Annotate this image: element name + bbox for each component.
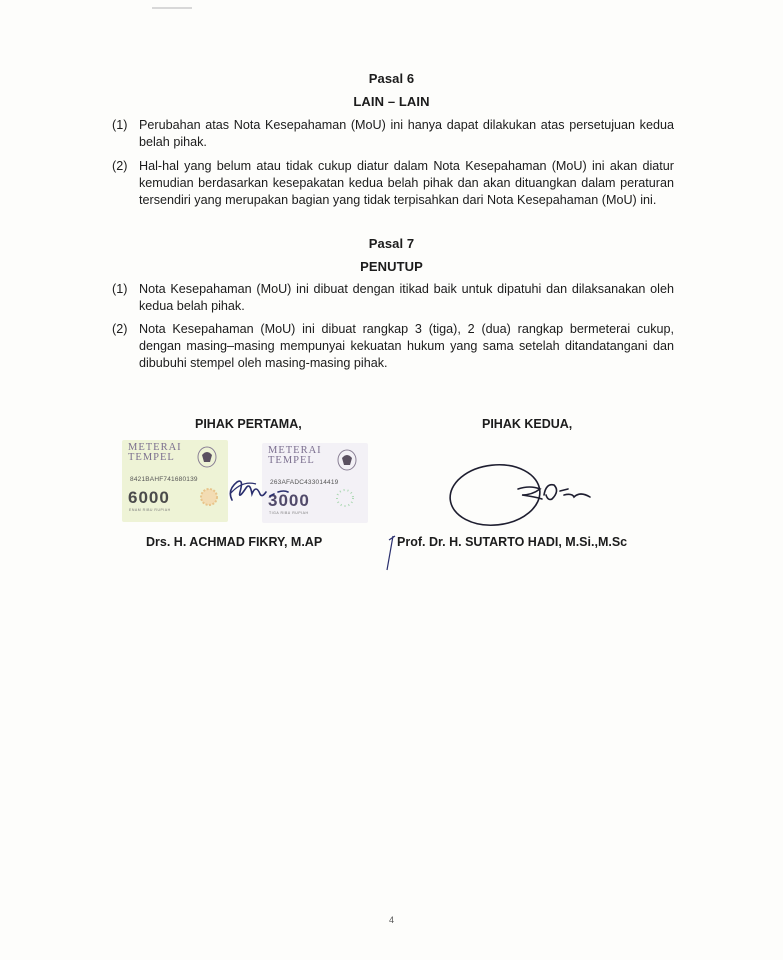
item-text: Hal-hal yang belum atau tidak cukup diat…	[139, 158, 674, 209]
stamp-seal-icon	[198, 486, 220, 508]
item-number: (2)	[112, 158, 127, 175]
pasal-7-item-2: (2) Nota Kesepahaman (MoU) ini dibuat ra…	[112, 321, 674, 372]
stamp-title: METERAITEMPEL	[268, 446, 322, 466]
pasal-6-heading: Pasal 6	[0, 71, 783, 86]
item-text: Perubahan atas Nota Kesepahaman (MoU) in…	[139, 117, 674, 151]
pasal-7-heading: Pasal 7	[0, 236, 783, 251]
garuda-emblem-icon	[196, 446, 218, 468]
first-party-signature	[222, 470, 302, 510]
second-party-label: PIHAK KEDUA,	[482, 417, 572, 431]
duty-stamp-6000: METERAITEMPEL 8421BAHF741680139 6000 ENA…	[122, 440, 228, 522]
stamp-title: METERAITEMPEL	[128, 443, 182, 463]
paraf-mark	[383, 532, 397, 572]
item-text: Nota Kesepahaman (MoU) ini dibuat rangka…	[139, 321, 674, 372]
stamp-serial: 8421BAHF741680139	[130, 476, 198, 483]
pasal-6-item-1: (1) Perubahan atas Nota Kesepahaman (MoU…	[112, 117, 674, 151]
page-number: 4	[0, 915, 783, 925]
second-party-signature	[440, 455, 640, 535]
item-number: (1)	[112, 281, 127, 298]
item-number: (2)	[112, 321, 127, 338]
document-page: Pasal 6 LAIN – LAIN (1) Perubahan atas N…	[0, 0, 783, 960]
stamp-value-words: TIGA RIBU RUPIAH	[269, 511, 309, 515]
garuda-emblem-icon	[336, 449, 358, 471]
stamp-seal-icon	[334, 487, 356, 509]
pasal-6-item-2: (2) Hal-hal yang belum atau tidak cukup …	[112, 158, 674, 209]
scan-artifact-line	[152, 7, 192, 9]
pasal-7-item-1: (1) Nota Kesepahaman (MoU) ini dibuat de…	[112, 281, 674, 315]
second-party-name: Prof. Dr. H. SUTARTO HADI, M.Si.,M.Sc	[397, 535, 627, 549]
first-party-name: Drs. H. ACHMAD FIKRY, M.AP	[146, 535, 322, 549]
stamp-value-words: ENAM RIBU RUPIAH	[129, 508, 171, 512]
item-text: Nota Kesepahaman (MoU) ini dibuat dengan…	[139, 281, 674, 315]
item-number: (1)	[112, 117, 127, 134]
pasal-6-title: LAIN – LAIN	[0, 94, 783, 109]
first-party-label: PIHAK PERTAMA,	[195, 417, 302, 431]
pasal-7-title: PENUTUP	[0, 259, 783, 274]
stamp-value: 6000	[128, 488, 170, 508]
